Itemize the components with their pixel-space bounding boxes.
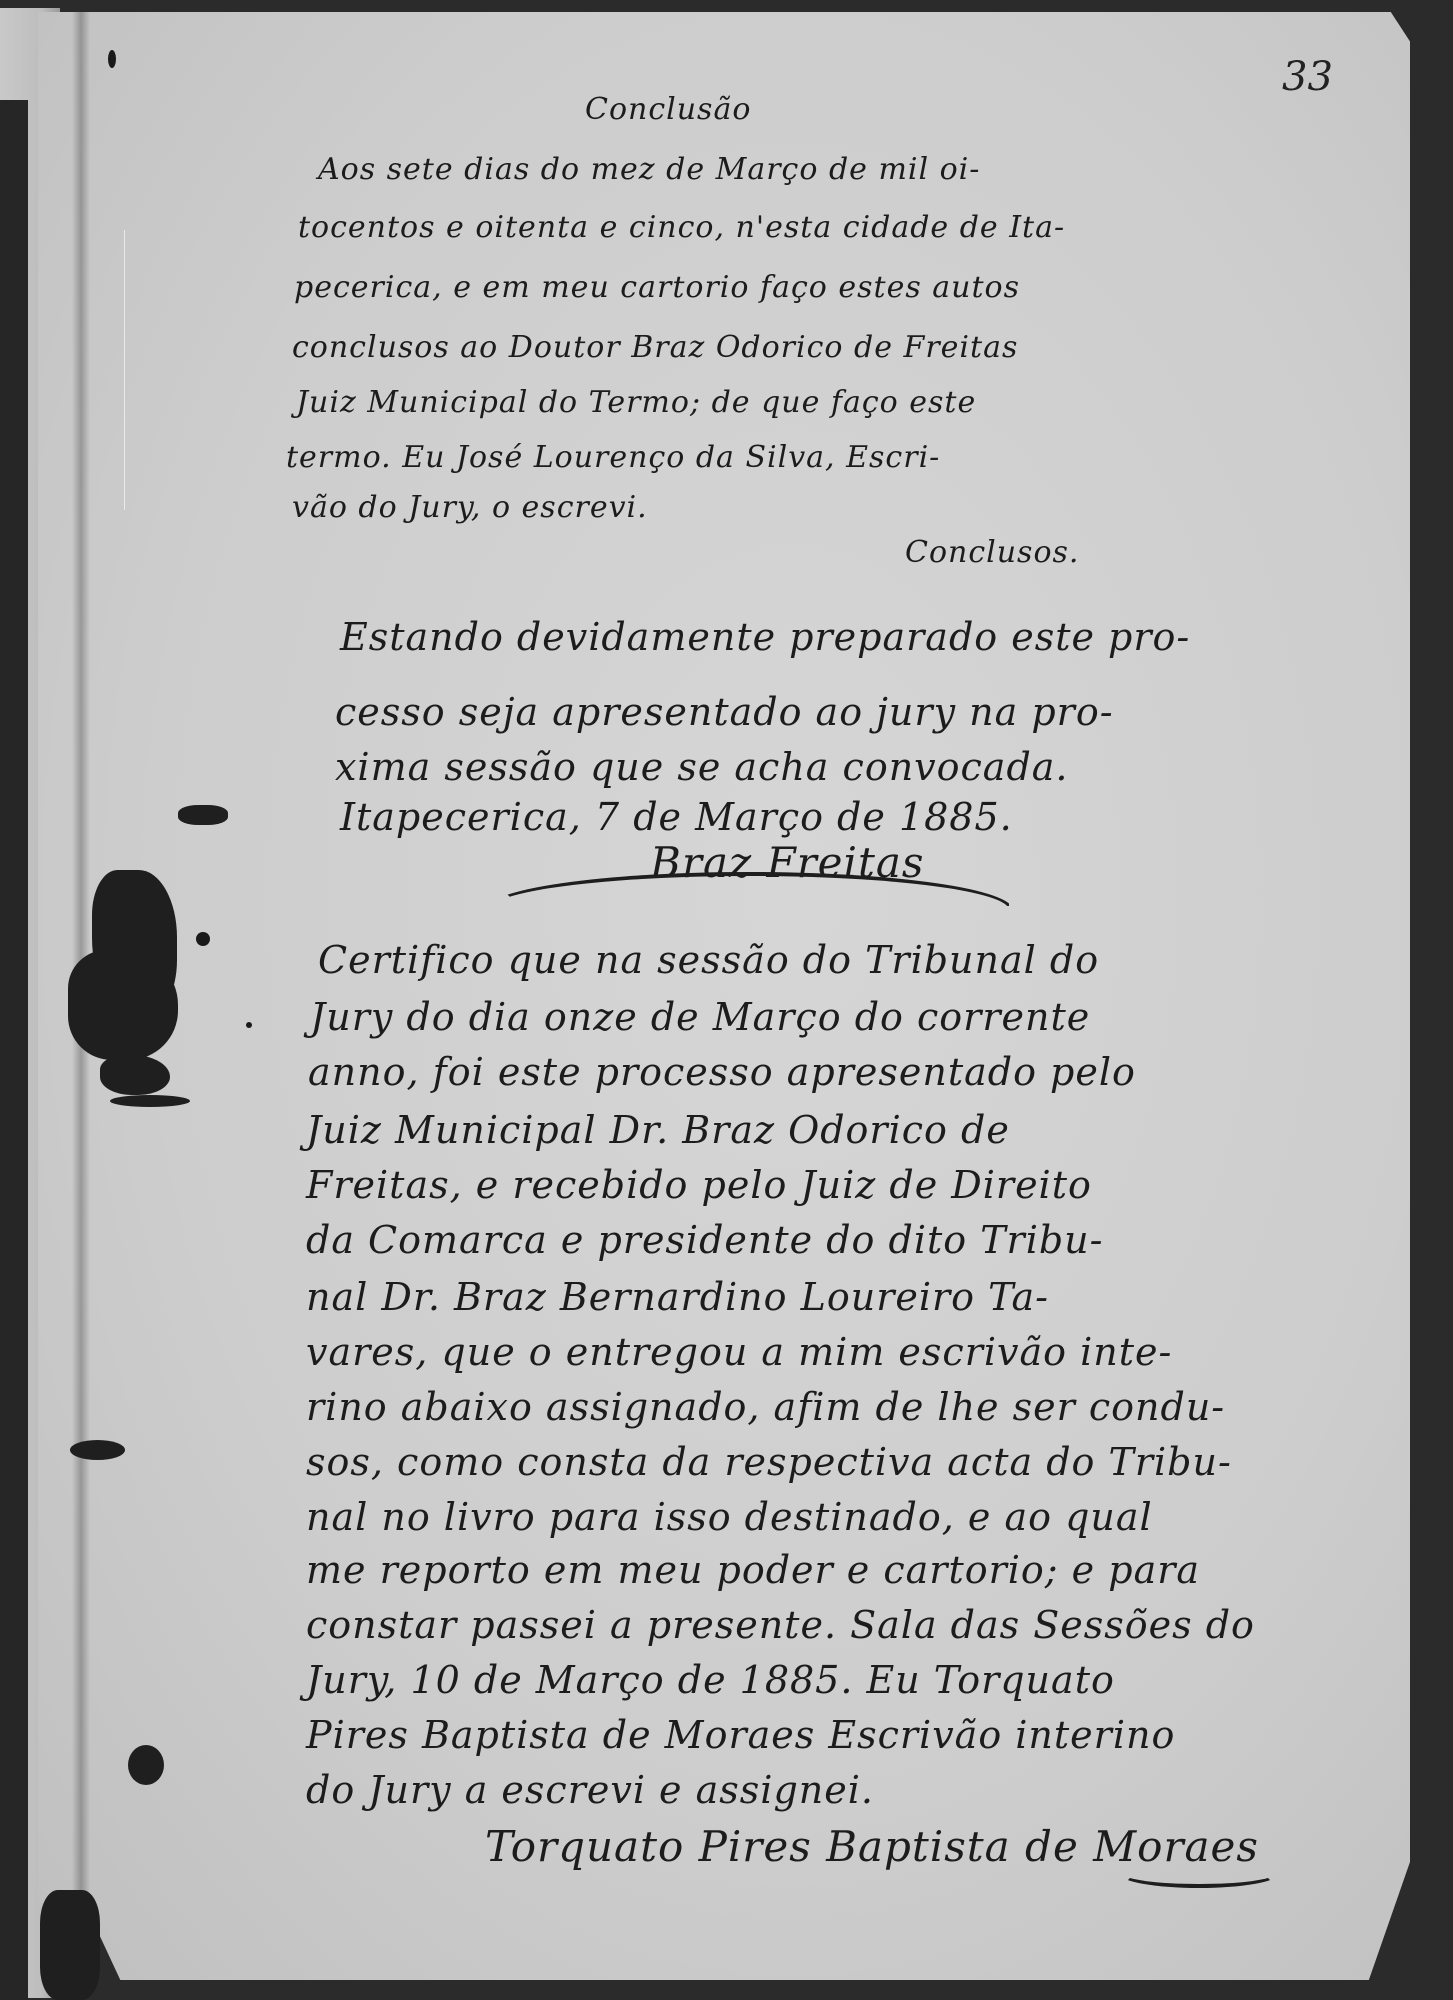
certidao-line: Certifico que na sessão do Tribunal do bbox=[318, 938, 1099, 982]
despacho-date-line: Itapecerica, 7 de Março de 1885. bbox=[340, 795, 1013, 839]
page-tear-hole bbox=[128, 1745, 164, 1785]
page-tear-hole bbox=[178, 805, 228, 825]
despacho-line: xima sessão que se acha convocada. bbox=[335, 745, 1069, 789]
despacho-line: cesso seja apresentado ao jury na pro- bbox=[335, 690, 1114, 734]
page-tear-hole bbox=[110, 1095, 190, 1107]
certidao-line: constar passei a presente. Sala das Sess… bbox=[306, 1603, 1255, 1647]
conclusao-line: Juiz Municipal do Termo; de que faço est… bbox=[296, 385, 976, 420]
certidao-line: vares, que o entregou a mim escrivão int… bbox=[306, 1330, 1172, 1374]
certidao-line: sos, como consta da respectiva acta do T… bbox=[306, 1440, 1232, 1484]
ink-blot bbox=[246, 1022, 252, 1028]
signature-flourish bbox=[1120, 1860, 1278, 1888]
margin-crease bbox=[124, 230, 125, 510]
ink-blot bbox=[196, 932, 210, 946]
certidao-line: Jury, 10 de Março de 1885. Eu Torquato bbox=[306, 1658, 1115, 1702]
certidao-line: do Jury a escrevi e assignei. bbox=[306, 1768, 874, 1812]
certidao-line: nal no livro para isso destinado, e ao q… bbox=[306, 1495, 1153, 1539]
scan-background bbox=[0, 100, 28, 2000]
certidao-line: nal Dr. Braz Bernardino Loureiro Ta- bbox=[306, 1275, 1049, 1319]
page-tear-hole bbox=[68, 950, 178, 1060]
conclusao-closing: Conclusos. bbox=[905, 535, 1079, 570]
certidao-line: Freitas, e recebido pelo Juiz de Direito bbox=[306, 1163, 1092, 1207]
certidao-line: me reporto em meu poder e cartorio; e pa… bbox=[306, 1548, 1200, 1592]
page-tear-hole bbox=[40, 1890, 100, 2000]
certidao-line: rino abaixo assignado, afim de lhe ser c… bbox=[306, 1385, 1225, 1429]
certidao-line: anno, foi este processo apresentado pelo bbox=[308, 1050, 1136, 1094]
page-tear-hole bbox=[100, 1055, 170, 1095]
certidao-line: Jury do dia onze de Março do corrente bbox=[310, 995, 1090, 1039]
certidao-line: da Comarca e presidente do dito Tribu- bbox=[306, 1218, 1104, 1262]
certidao-line: Pires Baptista de Moraes Escrivão interi… bbox=[306, 1713, 1175, 1757]
certidao-line: Juiz Municipal Dr. Braz Odorico de bbox=[306, 1108, 1010, 1152]
conclusao-line: pecerica, e em meu cartorio faço estes a… bbox=[294, 270, 1020, 305]
conclusao-line: vão do Jury, o escrevi. bbox=[292, 490, 648, 525]
conclusao-heading: Conclusão bbox=[585, 92, 751, 127]
conclusao-line: Aos sete dias do mez de Março de mil oi- bbox=[318, 152, 980, 187]
page-tear-hole bbox=[70, 1440, 125, 1460]
conclusao-line: termo. Eu José Lourenço da Silva, Escri- bbox=[286, 440, 940, 475]
conclusao-line: conclusos ao Doutor Braz Odorico de Frei… bbox=[292, 330, 1018, 365]
conclusao-line: tocentos e oitenta e cinco, n'esta cidad… bbox=[298, 210, 1065, 245]
despacho-line: Estando devidamente preparado este pro- bbox=[340, 615, 1190, 659]
page-number: 33 bbox=[1282, 54, 1333, 100]
ink-blot bbox=[108, 50, 116, 68]
